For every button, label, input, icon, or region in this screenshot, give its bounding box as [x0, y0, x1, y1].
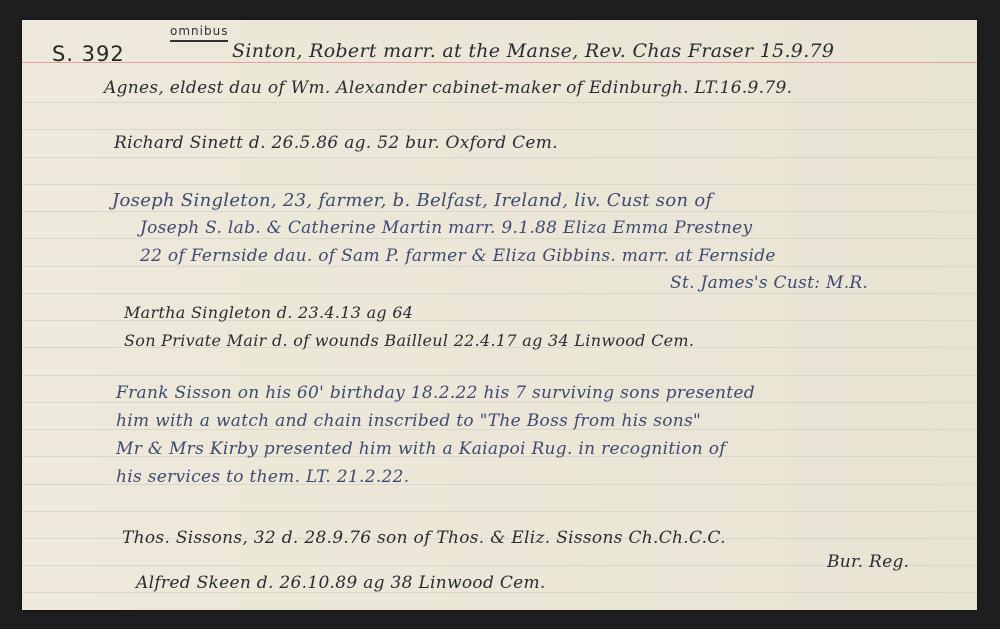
ruled-line — [22, 102, 977, 103]
entry-line: Son Private Mair d. of wounds Bailleul 2… — [124, 331, 694, 350]
ruled-line — [22, 511, 977, 512]
ruled-line — [22, 266, 977, 267]
entry-line: Sinton, Robert marr. at the Manse, Rev. … — [232, 40, 834, 62]
ruled-line — [22, 184, 977, 185]
entry-line: 22 of Fernside dau. of Sam P. farmer & E… — [140, 246, 776, 266]
entry-line: Martha Singleton d. 23.4.13 ag 64 — [124, 303, 413, 322]
entry-line: Richard Sinett d. 26.5.86 ag. 52 bur. Ox… — [114, 133, 558, 153]
entry-line: Frank Sisson on his 60' birthday 18.2.22… — [116, 383, 755, 403]
entry-line: Joseph S. lab. & Catherine Martin marr. … — [140, 218, 752, 238]
entry-line: Joseph Singleton, 23, farmer, b. Belfast… — [112, 190, 713, 211]
entry-line: him with a watch and chain inscribed to … — [116, 411, 701, 431]
entry-line: St. James's Cust: M.R. — [670, 273, 868, 293]
ruled-line — [22, 293, 977, 294]
entry-line: Mr & Mrs Kirby presented him with a Kaia… — [116, 439, 726, 459]
ruled-line — [22, 375, 977, 376]
entry-line: Agnes, eldest dau of Wm. Alexander cabin… — [104, 78, 792, 98]
ruled-line — [22, 157, 977, 158]
entry-line: Thos. Sissons, 32 d. 28.9.76 son of Thos… — [122, 528, 726, 548]
entry-line: his services to them. LT. 21.2.22. — [116, 467, 409, 487]
card-number: S. 392 — [52, 42, 125, 66]
card-annotation: omnibus — [170, 24, 228, 42]
ruled-line — [22, 129, 977, 130]
ruled-line — [22, 238, 977, 239]
index-card: S. 392 omnibus Sinton, Robert marr. at t… — [22, 20, 977, 610]
ruled-line — [22, 211, 977, 212]
entry-line: Bur. Reg. — [827, 552, 909, 572]
entry-line: Alfred Skeen d. 26.10.89 ag 38 Linwood C… — [136, 573, 546, 593]
header-rule — [22, 62, 977, 63]
